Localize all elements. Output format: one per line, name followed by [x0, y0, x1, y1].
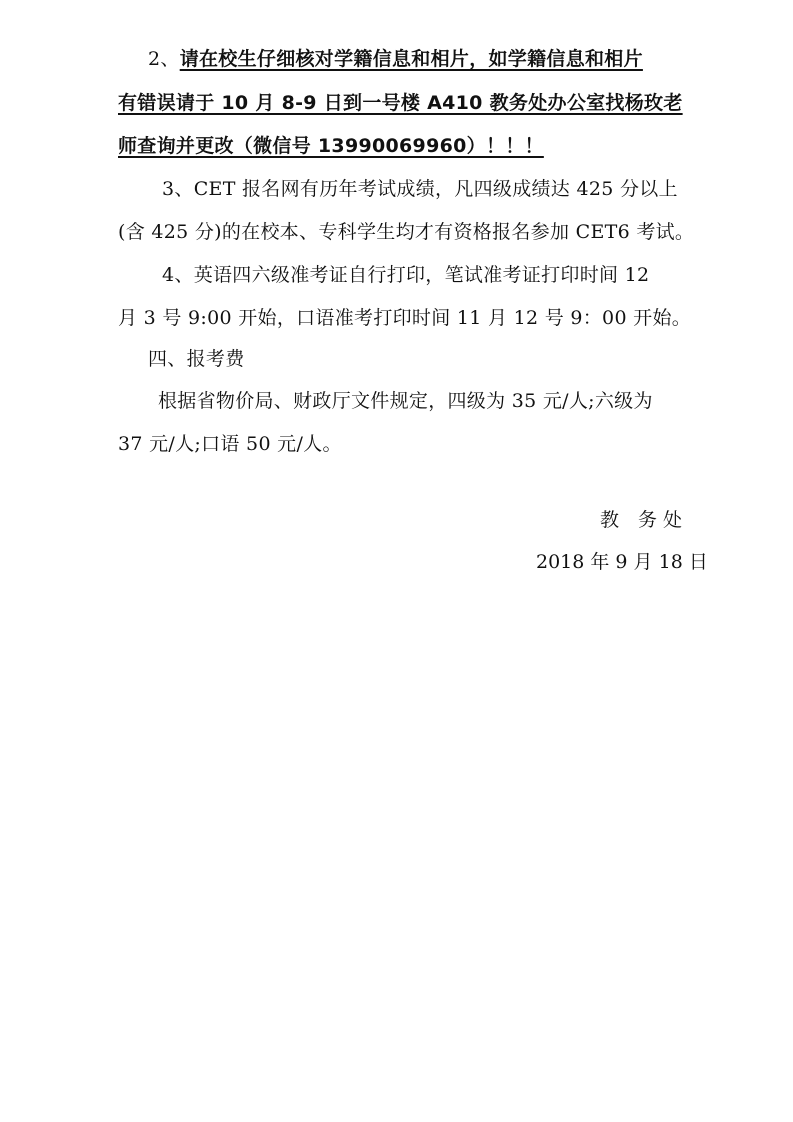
- section-4-line-1: 根据省物价局、财政厅文件规定，四级为 35 元/人;六级为: [158, 389, 738, 413]
- item-4-line-1: 4、英语四六级准考证自行打印，笔试准考证打印时间 12: [162, 263, 742, 287]
- item-2-number: 2、: [148, 48, 180, 70]
- signature-date: 2018 年 9 月 18 日: [536, 550, 708, 574]
- item-2-line-2: 有错误请于 10 月 8-9 日到一号楼 A410 教务处办公室找杨玫老: [118, 91, 698, 115]
- document-page: 2、请在校生仔细核对学籍信息和相片，如学籍信息和相片 有错误请于 10 月 8-…: [0, 0, 793, 1122]
- item-2-line-3: 师查询并更改（微信号 13990069960）！！！: [118, 134, 698, 158]
- signature-office: 教 务 处: [600, 508, 682, 532]
- item-4-line-2: 月 3 号 9:00 开始，口语准考打印时间 11 月 12 号 9：00 开始…: [118, 306, 698, 330]
- item-2-highlighted-text-2: 有错误请于 10 月 8-9 日到一号楼 A410 教务处办公室找杨玫老: [118, 92, 683, 114]
- item-2-line-1: 2、请在校生仔细核对学籍信息和相片，如学籍信息和相片: [148, 47, 728, 71]
- item-3-line-2: (含 425 分)的在校本、专科学生均才有资格报名参加 CET6 考试。: [118, 220, 698, 244]
- item-3-line-1: 3、CET 报名网有历年考试成绩，凡四级成绩达 425 分以上: [162, 177, 742, 201]
- section-4-line-2: 37 元/人;口语 50 元/人。: [118, 432, 698, 456]
- section-4-heading: 四、报考费: [148, 347, 728, 371]
- item-2-highlighted-text: 请在校生仔细核对学籍信息和相片，如学籍信息和相片: [180, 48, 643, 70]
- item-2-highlighted-text-3: 师查询并更改（微信号 13990069960）！！！: [118, 135, 544, 157]
